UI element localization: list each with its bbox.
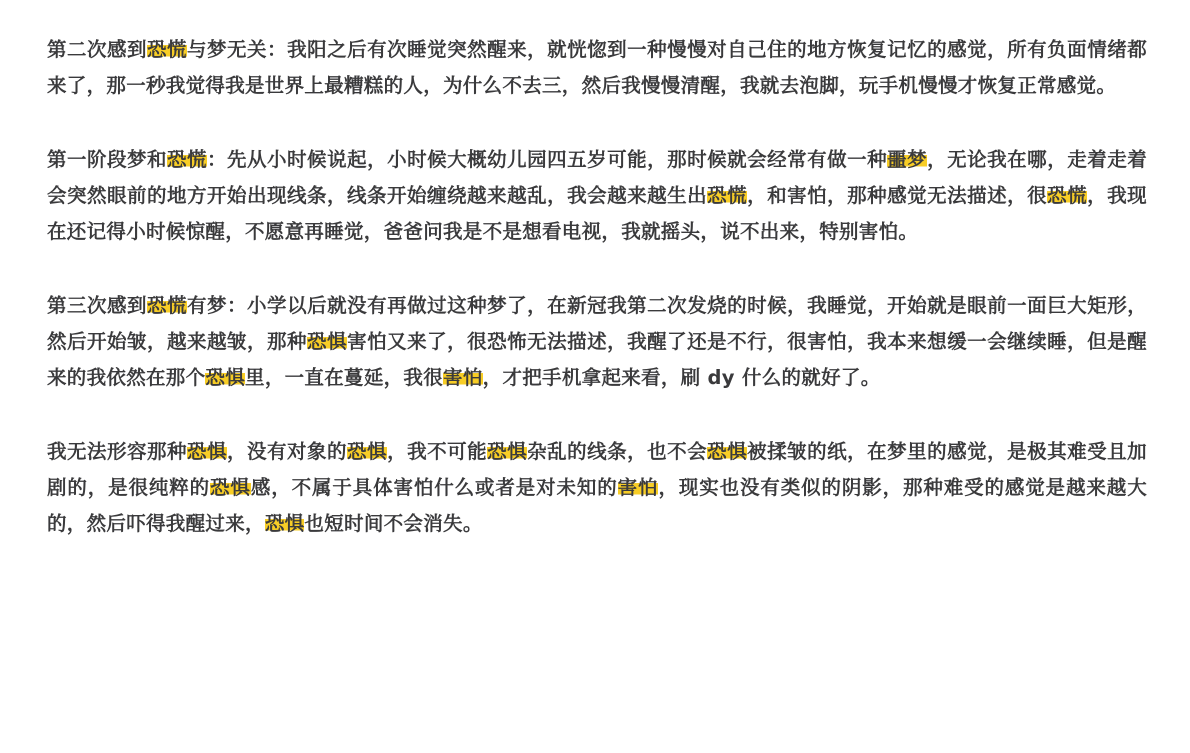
paragraph-4: 我无法形容那种恐惧，没有对象的恐惧，我不可能恐惧杂乱的线条，也不会恐惧被揉皱的纸…: [47, 434, 1147, 542]
text-segment: 第二次感到: [47, 38, 147, 61]
highlighted-text: 恐惧: [307, 330, 347, 353]
highlighted-text: 害怕: [443, 366, 483, 389]
text-segment: 感，不属于具体害怕什么或者是对未知的: [251, 476, 618, 499]
highlighted-text: 恐惧: [487, 440, 527, 463]
text-segment: ：先从小时候说起，小时候大概幼儿园四五岁可能，那时候就会经常有做一种: [207, 148, 887, 171]
highlighted-text: 恐慌: [707, 184, 747, 207]
highlighted-text: 恐慌: [1047, 184, 1087, 207]
highlighted-text: 害怕: [618, 476, 659, 499]
text-segment: ，才把手机拿起来看，刷 dy 什么的就好了。: [483, 366, 881, 389]
text-segment: ，和害怕，那种感觉无法描述，很: [747, 184, 1047, 207]
highlighted-text: 恐慌: [147, 294, 187, 317]
highlighted-text: 恐惧: [347, 440, 387, 463]
text-segment: 第三次感到: [47, 294, 147, 317]
highlighted-text: 恐惧: [205, 366, 245, 389]
text-segment: 杂乱的线条，也不会: [527, 440, 707, 463]
paragraph-1: 第二次感到恐慌与梦无关：我阳之后有次睡觉突然醒来，就恍惚到一种慢慢对自己住的地方…: [47, 32, 1147, 104]
text-segment: ，我不可能: [387, 440, 487, 463]
text-segment: ，没有对象的: [227, 440, 347, 463]
highlighted-text: 恐惧: [265, 512, 305, 535]
highlighted-text: 恐慌: [167, 148, 207, 171]
highlighted-text: 噩梦: [887, 148, 927, 171]
highlighted-text: 恐惧: [187, 440, 227, 463]
highlighted-text: 恐惧: [707, 440, 747, 463]
document-body: 第二次感到恐慌与梦无关：我阳之后有次睡觉突然醒来，就恍惚到一种慢慢对自己住的地方…: [47, 32, 1147, 580]
text-segment: 我无法形容那种: [47, 440, 187, 463]
text-segment: 第一阶段梦和: [47, 148, 167, 171]
text-segment: 也短时间不会消失。: [304, 512, 482, 535]
highlighted-text: 恐慌: [147, 38, 187, 61]
paragraph-3: 第三次感到恐慌有梦：小学以后就没有再做过这种梦了，在新冠我第二次发烧的时候，我睡…: [47, 288, 1147, 396]
highlighted-text: 恐惧: [210, 476, 251, 499]
paragraph-2: 第一阶段梦和恐慌：先从小时候说起，小时候大概幼儿园四五岁可能，那时候就会经常有做…: [47, 142, 1147, 250]
text-segment: 里，一直在蔓延，我很: [245, 366, 443, 389]
text-segment: 与梦无关：我阳之后有次睡觉突然醒来，就恍惚到一种慢慢对自己住的地方恢复记忆的感觉…: [47, 38, 1147, 97]
